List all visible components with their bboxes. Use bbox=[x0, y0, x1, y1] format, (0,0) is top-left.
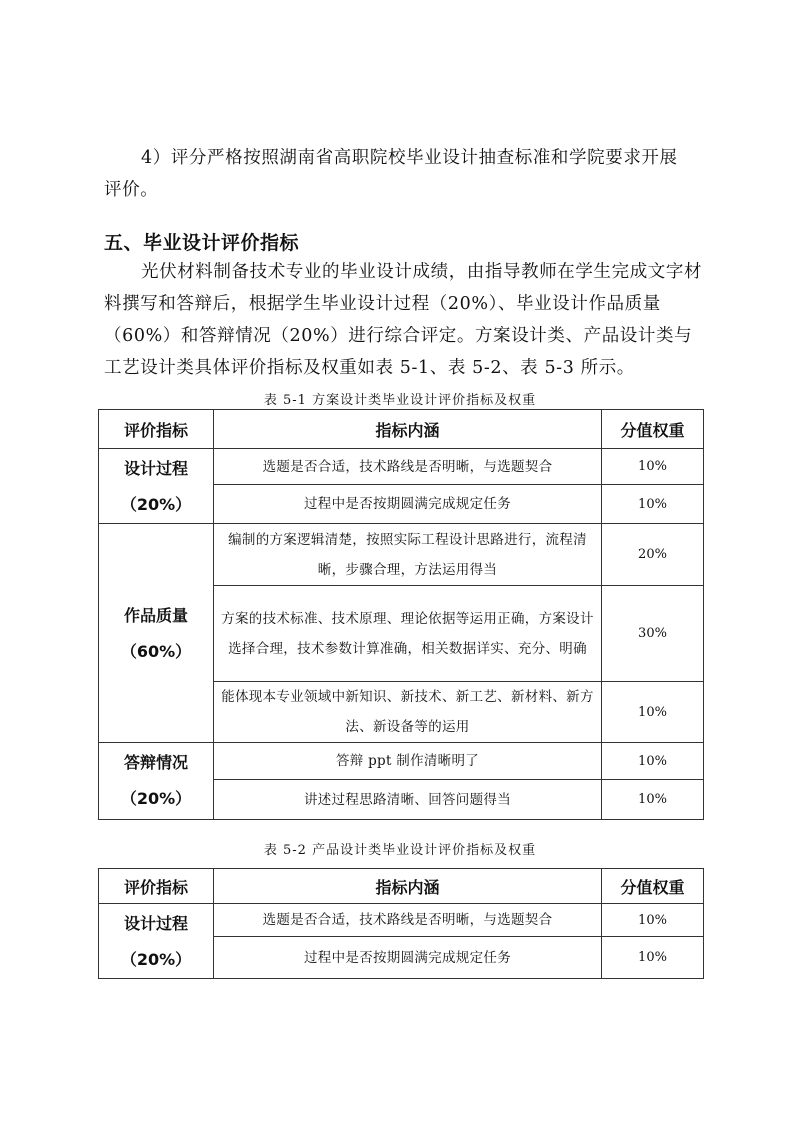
indicator-weight: 10% bbox=[602, 682, 704, 743]
category-weight: （20%） bbox=[103, 487, 209, 523]
item4-line1: 4）评分严格按照湖南省高职院校毕业设计抽查标准和学院要求开展 bbox=[141, 148, 678, 168]
indicator-weight: 10% bbox=[602, 743, 704, 780]
category-cell: 设计过程 （20%） bbox=[99, 904, 214, 979]
indicator-weight: 30% bbox=[602, 586, 704, 682]
table-row: 设计过程 （20%） 选题是否合适，技术路线是否明晰，与选题契合 10% bbox=[99, 449, 704, 485]
category-cell: 作品质量 （60%） bbox=[99, 524, 214, 743]
header-weight: 分值权重 bbox=[602, 869, 704, 904]
header-content: 指标内涵 bbox=[214, 410, 602, 449]
category-weight: （20%） bbox=[103, 942, 209, 978]
item4-line2: 评价。 bbox=[104, 180, 158, 200]
indicator-weight: 10% bbox=[602, 485, 704, 524]
header-indicator: 评价指标 bbox=[99, 410, 214, 449]
table-row: 答辩情况 （20%） 答辩 ppt 制作清晰明了 10% bbox=[99, 743, 704, 780]
table2-header-row: 评价指标 指标内涵 分值权重 bbox=[99, 869, 704, 904]
indicator-desc: 能体现本专业领域中新知识、新技术、新工艺、新材料、新方法、新设备等的运用 bbox=[214, 682, 602, 743]
paragraph-item-4: 4）评分严格按照湖南省高职院校毕业设计抽查标准和学院要求开展 评价。 bbox=[104, 142, 704, 206]
section-heading: 五、毕业设计评价指标 bbox=[104, 228, 299, 255]
intro-paragraph: 光伏材料制备技术专业的毕业设计成绩，由指导教师在学生完成文字材料撰写和答辩后，根… bbox=[104, 256, 704, 384]
category-weight: （60%） bbox=[103, 634, 209, 670]
table2-caption: 表 5-2 产品设计类毕业设计评价指标及权重 bbox=[98, 839, 702, 858]
category-name: 答辩情况 bbox=[103, 745, 209, 781]
indicator-weight: 20% bbox=[602, 524, 704, 586]
table1-header-row: 评价指标 指标内涵 分值权重 bbox=[99, 410, 704, 449]
indicator-desc: 选题是否合适，技术路线是否明晰，与选题契合 bbox=[214, 904, 602, 937]
table2: 评价指标 指标内涵 分值权重 设计过程 （20%） 选题是否合适，技术路线是否明… bbox=[98, 868, 704, 979]
table-row: 设计过程 （20%） 选题是否合适，技术路线是否明晰，与选题契合 10% bbox=[99, 904, 704, 937]
indicator-desc: 过程中是否按期圆满完成规定任务 bbox=[214, 485, 602, 524]
category-name: 设计过程 bbox=[103, 906, 209, 942]
indicator-weight: 10% bbox=[602, 904, 704, 937]
indicator-desc: 讲述过程思路清晰、回答问题得当 bbox=[214, 780, 602, 820]
category-name: 作品质量 bbox=[103, 598, 209, 634]
indicator-weight: 10% bbox=[602, 449, 704, 485]
category-weight: （20%） bbox=[103, 781, 209, 817]
header-content: 指标内涵 bbox=[214, 869, 602, 904]
indicator-weight: 10% bbox=[602, 937, 704, 979]
table1-caption: 表 5-1 方案设计类毕业设计评价指标及权重 bbox=[98, 389, 702, 408]
category-name: 设计过程 bbox=[103, 451, 209, 487]
indicator-desc: 编制的方案逻辑清楚，按照实际工程设计思路进行，流程清晰，步骤合理，方法运用得当 bbox=[214, 524, 602, 586]
indicator-desc: 过程中是否按期圆满完成规定任务 bbox=[214, 937, 602, 979]
header-weight: 分值权重 bbox=[602, 410, 704, 449]
indicator-weight: 10% bbox=[602, 780, 704, 820]
indicator-desc: 方案的技术标准、技术原理、理论依据等运用正确，方案设计选择合理，技术参数计算准确… bbox=[214, 586, 602, 682]
table1: 评价指标 指标内涵 分值权重 设计过程 （20%） 选题是否合适，技术路线是否明… bbox=[98, 409, 704, 820]
category-cell: 答辩情况 （20%） bbox=[99, 743, 214, 820]
category-cell: 设计过程 （20%） bbox=[99, 449, 214, 524]
indicator-desc: 选题是否合适，技术路线是否明晰，与选题契合 bbox=[214, 449, 602, 485]
header-indicator: 评价指标 bbox=[99, 869, 214, 904]
indicator-desc: 答辩 ppt 制作清晰明了 bbox=[214, 743, 602, 780]
table-row: 作品质量 （60%） 编制的方案逻辑清楚，按照实际工程设计思路进行，流程清晰，步… bbox=[99, 524, 704, 586]
